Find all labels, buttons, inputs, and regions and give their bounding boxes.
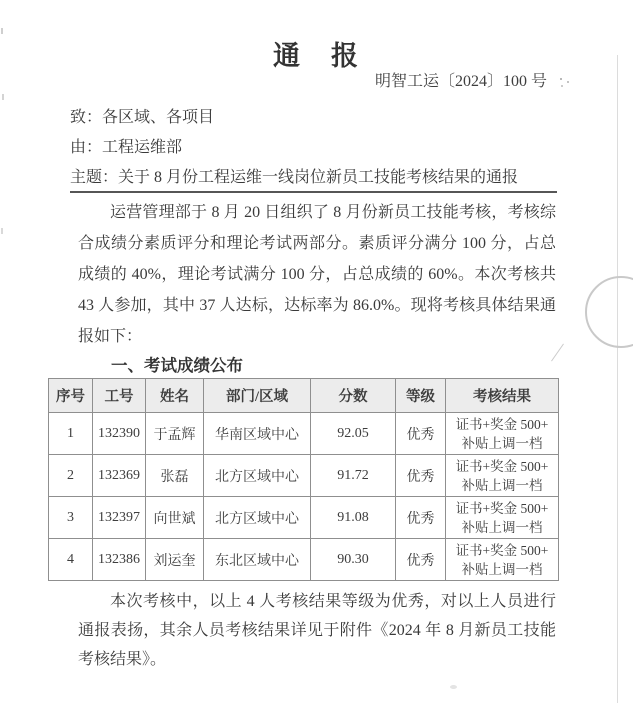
- exam-results-table: 序号 工号 姓名 部门/区域 分数 等级 考核结果 1 132390 于孟辉 华…: [48, 378, 559, 581]
- column-header-score: 分数: [311, 379, 396, 413]
- table-header-row: 序号 工号 姓名 部门/区域 分数 等级 考核结果: [49, 379, 559, 413]
- result-line-2: 补贴上调一档: [448, 476, 556, 495]
- scanned-notice-page: 通 报 明智工运〔2024〕100 号 致：各区域、各项目 由：工程运维部 主题…: [0, 0, 633, 717]
- cell-name: 张磊: [146, 455, 204, 497]
- result-line-2: 补贴上调一档: [448, 434, 556, 453]
- cell-department: 北方区域中心: [204, 497, 311, 539]
- cell-result: 证书+奖金 500+ 补贴上调一档: [446, 413, 559, 455]
- cell-employee-id: 132390: [93, 413, 146, 455]
- subject-divider: [70, 191, 557, 193]
- scan-edge-line: [617, 55, 618, 703]
- column-header-result: 考核结果: [446, 379, 559, 413]
- cell-result: 证书+奖金 500+ 补贴上调一档: [446, 539, 559, 581]
- cell-grade: 优秀: [396, 455, 446, 497]
- table-row: 2 132369 张磊 北方区域中心 91.72 优秀 证书+奖金 500+ 补…: [49, 455, 559, 497]
- column-header-grade: 等级: [396, 379, 446, 413]
- table-row: 3 132397 向世斌 北方区域中心 91.08 优秀 证书+奖金 500+ …: [49, 497, 559, 539]
- seal-stamp-arc: [585, 276, 633, 348]
- cell-result: 证书+奖金 500+ 补贴上调一档: [446, 497, 559, 539]
- ink-speck-dots: [560, 78, 562, 80]
- body-paragraph-1: 运营管理部于 8 月 20 日组织了 8 月份新员工技能考核，考核综合成绩分素质…: [78, 197, 556, 352]
- recipient-line: 致：各区域、各项目: [70, 104, 214, 127]
- cell-department: 华南区域中心: [204, 413, 311, 455]
- cell-score: 92.05: [311, 413, 396, 455]
- sender-line: 由：工程运维部: [70, 134, 182, 157]
- result-line-1: 证书+奖金 500+: [448, 541, 556, 560]
- cell-department: 北方区域中心: [204, 455, 311, 497]
- section-heading: 一、考试成绩公布: [78, 352, 243, 376]
- cell-score: 90.30: [311, 539, 396, 581]
- cell-employee-id: 132386: [93, 539, 146, 581]
- cell-no: 2: [49, 455, 93, 497]
- cell-employee-id: 132369: [93, 455, 146, 497]
- scan-edge-specks: [1, 28, 3, 34]
- column-header-department: 部门/区域: [204, 379, 311, 413]
- subject-line: 主题：关于 8 月份工程运维一线岗位新员工技能考核结果的通报: [70, 164, 518, 187]
- table-row: 4 132386 刘运奎 东北区域中心 90.30 优秀 证书+奖金 500+ …: [49, 539, 559, 581]
- scan-smudge: [450, 685, 457, 689]
- cell-name: 向世斌: [146, 497, 204, 539]
- cell-score: 91.08: [311, 497, 396, 539]
- column-header-name: 姓名: [146, 379, 204, 413]
- column-header-employee-id: 工号: [93, 379, 146, 413]
- result-line-1: 证书+奖金 500+: [448, 499, 556, 518]
- cell-no: 1: [49, 413, 93, 455]
- cell-grade: 优秀: [396, 497, 446, 539]
- result-line-2: 补贴上调一档: [448, 560, 556, 579]
- result-line-2: 补贴上调一档: [448, 518, 556, 537]
- cell-department: 东北区域中心: [204, 539, 311, 581]
- result-line-1: 证书+奖金 500+: [448, 415, 556, 434]
- column-header-no: 序号: [49, 379, 93, 413]
- cell-name: 刘运奎: [146, 539, 204, 581]
- cell-name: 于孟辉: [146, 413, 204, 455]
- cell-employee-id: 132397: [93, 497, 146, 539]
- table-row: 1 132390 于孟辉 华南区域中心 92.05 优秀 证书+奖金 500+ …: [49, 413, 559, 455]
- cell-grade: 优秀: [396, 539, 446, 581]
- result-line-1: 证书+奖金 500+: [448, 457, 556, 476]
- cell-no: 3: [49, 497, 93, 539]
- document-number: 明智工运〔2024〕100 号: [375, 68, 547, 91]
- cell-score: 91.72: [311, 455, 396, 497]
- cell-result: 证书+奖金 500+ 补贴上调一档: [446, 455, 559, 497]
- body-paragraph-2: 本次考核中，以上 4 人考核结果等级为优秀，对以上人员进行通报表扬，其余人员考核…: [78, 587, 556, 674]
- cell-grade: 优秀: [396, 413, 446, 455]
- cell-no: 4: [49, 539, 93, 581]
